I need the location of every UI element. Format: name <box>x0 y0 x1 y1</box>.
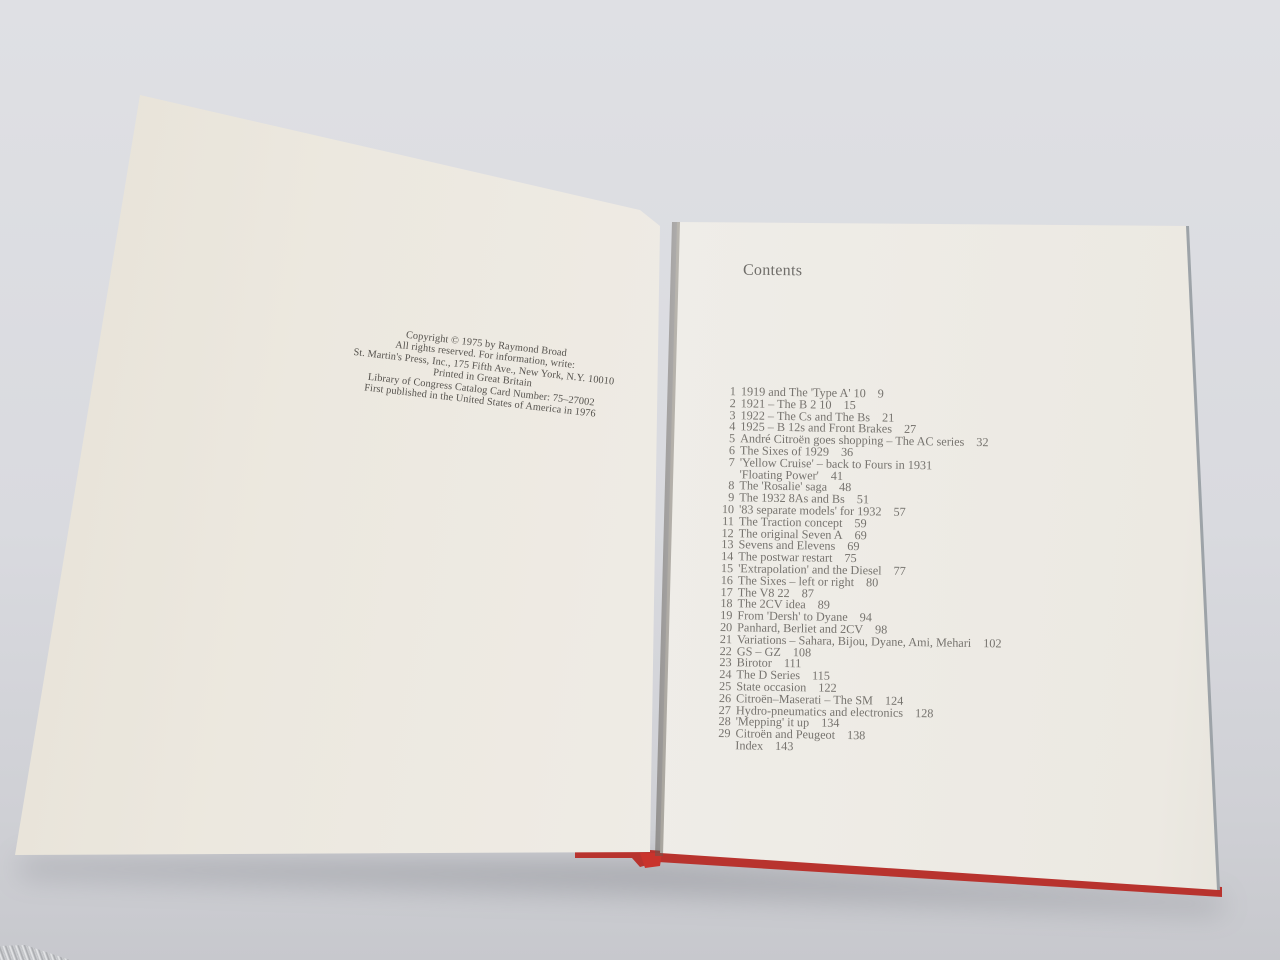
book-photo: Copyright © 1975 by Raymond Broad All ri… <box>0 0 1280 960</box>
toc-title: Index <box>735 740 763 752</box>
contents-heading: Contents <box>743 262 802 281</box>
toc-number <box>716 740 730 752</box>
table-of-contents: 11919 and The 'Type A' 109 21921 – The B… <box>716 386 1142 758</box>
toc-page: 143 <box>775 741 793 753</box>
toc-page: 80 <box>866 577 878 589</box>
toc-number: 29 <box>716 728 730 740</box>
toc-number: 7 <box>721 457 735 469</box>
toc-page: 32 <box>976 437 988 449</box>
toc-page: 128 <box>915 708 933 720</box>
toc-page: 9 <box>878 388 884 400</box>
toc-page: 57 <box>893 507 905 519</box>
toc-page: 77 <box>894 566 906 578</box>
toc-page: 102 <box>983 638 1001 650</box>
toc-page: 138 <box>847 730 865 742</box>
